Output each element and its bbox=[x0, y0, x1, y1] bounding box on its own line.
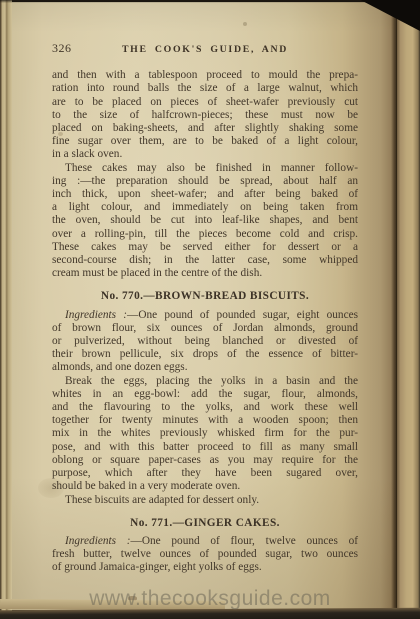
text-line: Ingredients :—One pound of flour, twelve… bbox=[52, 535, 358, 548]
recipe-heading: No. 771.—GINGER CAKES. bbox=[52, 517, 358, 530]
text-line: Break the eggs, placing the yolks in a b… bbox=[52, 375, 358, 388]
page-number: 326 bbox=[52, 42, 92, 55]
top-edge-shadow bbox=[0, 0, 420, 3]
text-line: and then with a tablespoon proceed to mo… bbox=[52, 69, 358, 82]
text-line: of brown flour, six ounces of Jordan alm… bbox=[52, 322, 358, 335]
page-content: 326 THE COOK'S GUIDE, AND and then with … bbox=[52, 42, 358, 575]
text-line: placed on baking-sheets, and after sligh… bbox=[52, 122, 358, 135]
text-line: fine sugar over them, are to be baked of… bbox=[52, 135, 358, 148]
text-line: in a slack oven. bbox=[52, 148, 358, 161]
text-line: their brown pellicule, six drops of the … bbox=[52, 348, 358, 361]
text-line: a light colour, and immediately on being… bbox=[52, 201, 358, 214]
text-line: over a rolling-pin, till the pieces beco… bbox=[52, 228, 358, 241]
body-paragraph: Break the eggs, placing the yolks in a b… bbox=[52, 375, 358, 494]
text-line: together for twenty minutes with a woode… bbox=[52, 414, 358, 427]
text-line: almonds, and one dozen eggs. bbox=[52, 361, 358, 374]
scanned-book-page: 326 THE COOK'S GUIDE, AND and then with … bbox=[0, 0, 420, 619]
text-line: whites in an egg-bowl: add the sugar, fl… bbox=[52, 388, 358, 401]
text-line: inch thick, upon sheet-wafer; and after … bbox=[52, 188, 358, 201]
body-paragraph: and then with a tablespoon proceed to mo… bbox=[52, 69, 358, 161]
recipe-heading: No. 770.—BROWN-BREAD BISCUITS. bbox=[52, 290, 358, 303]
body-paragraph: These biscuits are adapted for dessert o… bbox=[52, 494, 358, 507]
text-line: and the flavouring to the yolks, and wor… bbox=[52, 401, 358, 414]
body-paragraph: Ingredients :—One pound of flour, twelve… bbox=[52, 535, 358, 575]
text-line: purpose, which after they have been suga… bbox=[52, 467, 358, 480]
text-line: pose, and with this batter proceed to fi… bbox=[52, 441, 358, 454]
body-paragraph: These cakes may also be finished in mann… bbox=[52, 162, 358, 281]
text-line: should be baked in a very moderate oven. bbox=[52, 480, 358, 493]
text-line: second-course dish; in the latter case, … bbox=[52, 254, 358, 267]
adjacent-page-gutter bbox=[396, 0, 420, 619]
text-line: oblong or square paper-cases as you may … bbox=[52, 454, 358, 467]
book-page-edges-left bbox=[0, 0, 12, 619]
text-line: are to be placed on pieces of sheet-wafe… bbox=[52, 96, 358, 109]
text-line: These cakes may be served either for des… bbox=[52, 241, 358, 254]
running-head: 326 THE COOK'S GUIDE, AND bbox=[52, 42, 358, 56]
text-line: ing :—the preparation should be spread, … bbox=[52, 175, 358, 188]
text-line: ration into round balls the size of a la… bbox=[52, 82, 358, 95]
gutter-crease-shadow bbox=[391, 0, 397, 619]
text-line: mix in the whites previously whisked fir… bbox=[52, 427, 358, 440]
text-line: fresh butter, twelve ounces of pounded s… bbox=[52, 548, 358, 561]
running-header-title: THE COOK'S GUIDE, AND bbox=[92, 43, 318, 56]
text-line: the oven, should be cut into leaf-like s… bbox=[52, 214, 358, 227]
text-line: These cakes may also be finished in mann… bbox=[52, 162, 358, 175]
text-line: of ground Jamaica-ginger, eight yolks of… bbox=[52, 561, 358, 574]
text-line: or pulverized, without being blanched or… bbox=[52, 335, 358, 348]
text-line: cream must be placed in the centre of th… bbox=[52, 267, 358, 280]
text-line: These biscuits are adapted for dessert o… bbox=[52, 494, 358, 507]
text-line: to the size of halfcrown-pieces; these m… bbox=[52, 109, 358, 122]
text-line: Ingredients :—One pound of pounded sugar… bbox=[52, 309, 358, 322]
watermark-text: www.thecooksguide.com bbox=[0, 587, 420, 611]
body-paragraph: Ingredients :—One pound of pounded sugar… bbox=[52, 309, 358, 375]
text-column: and then with a tablespoon proceed to mo… bbox=[52, 69, 358, 574]
